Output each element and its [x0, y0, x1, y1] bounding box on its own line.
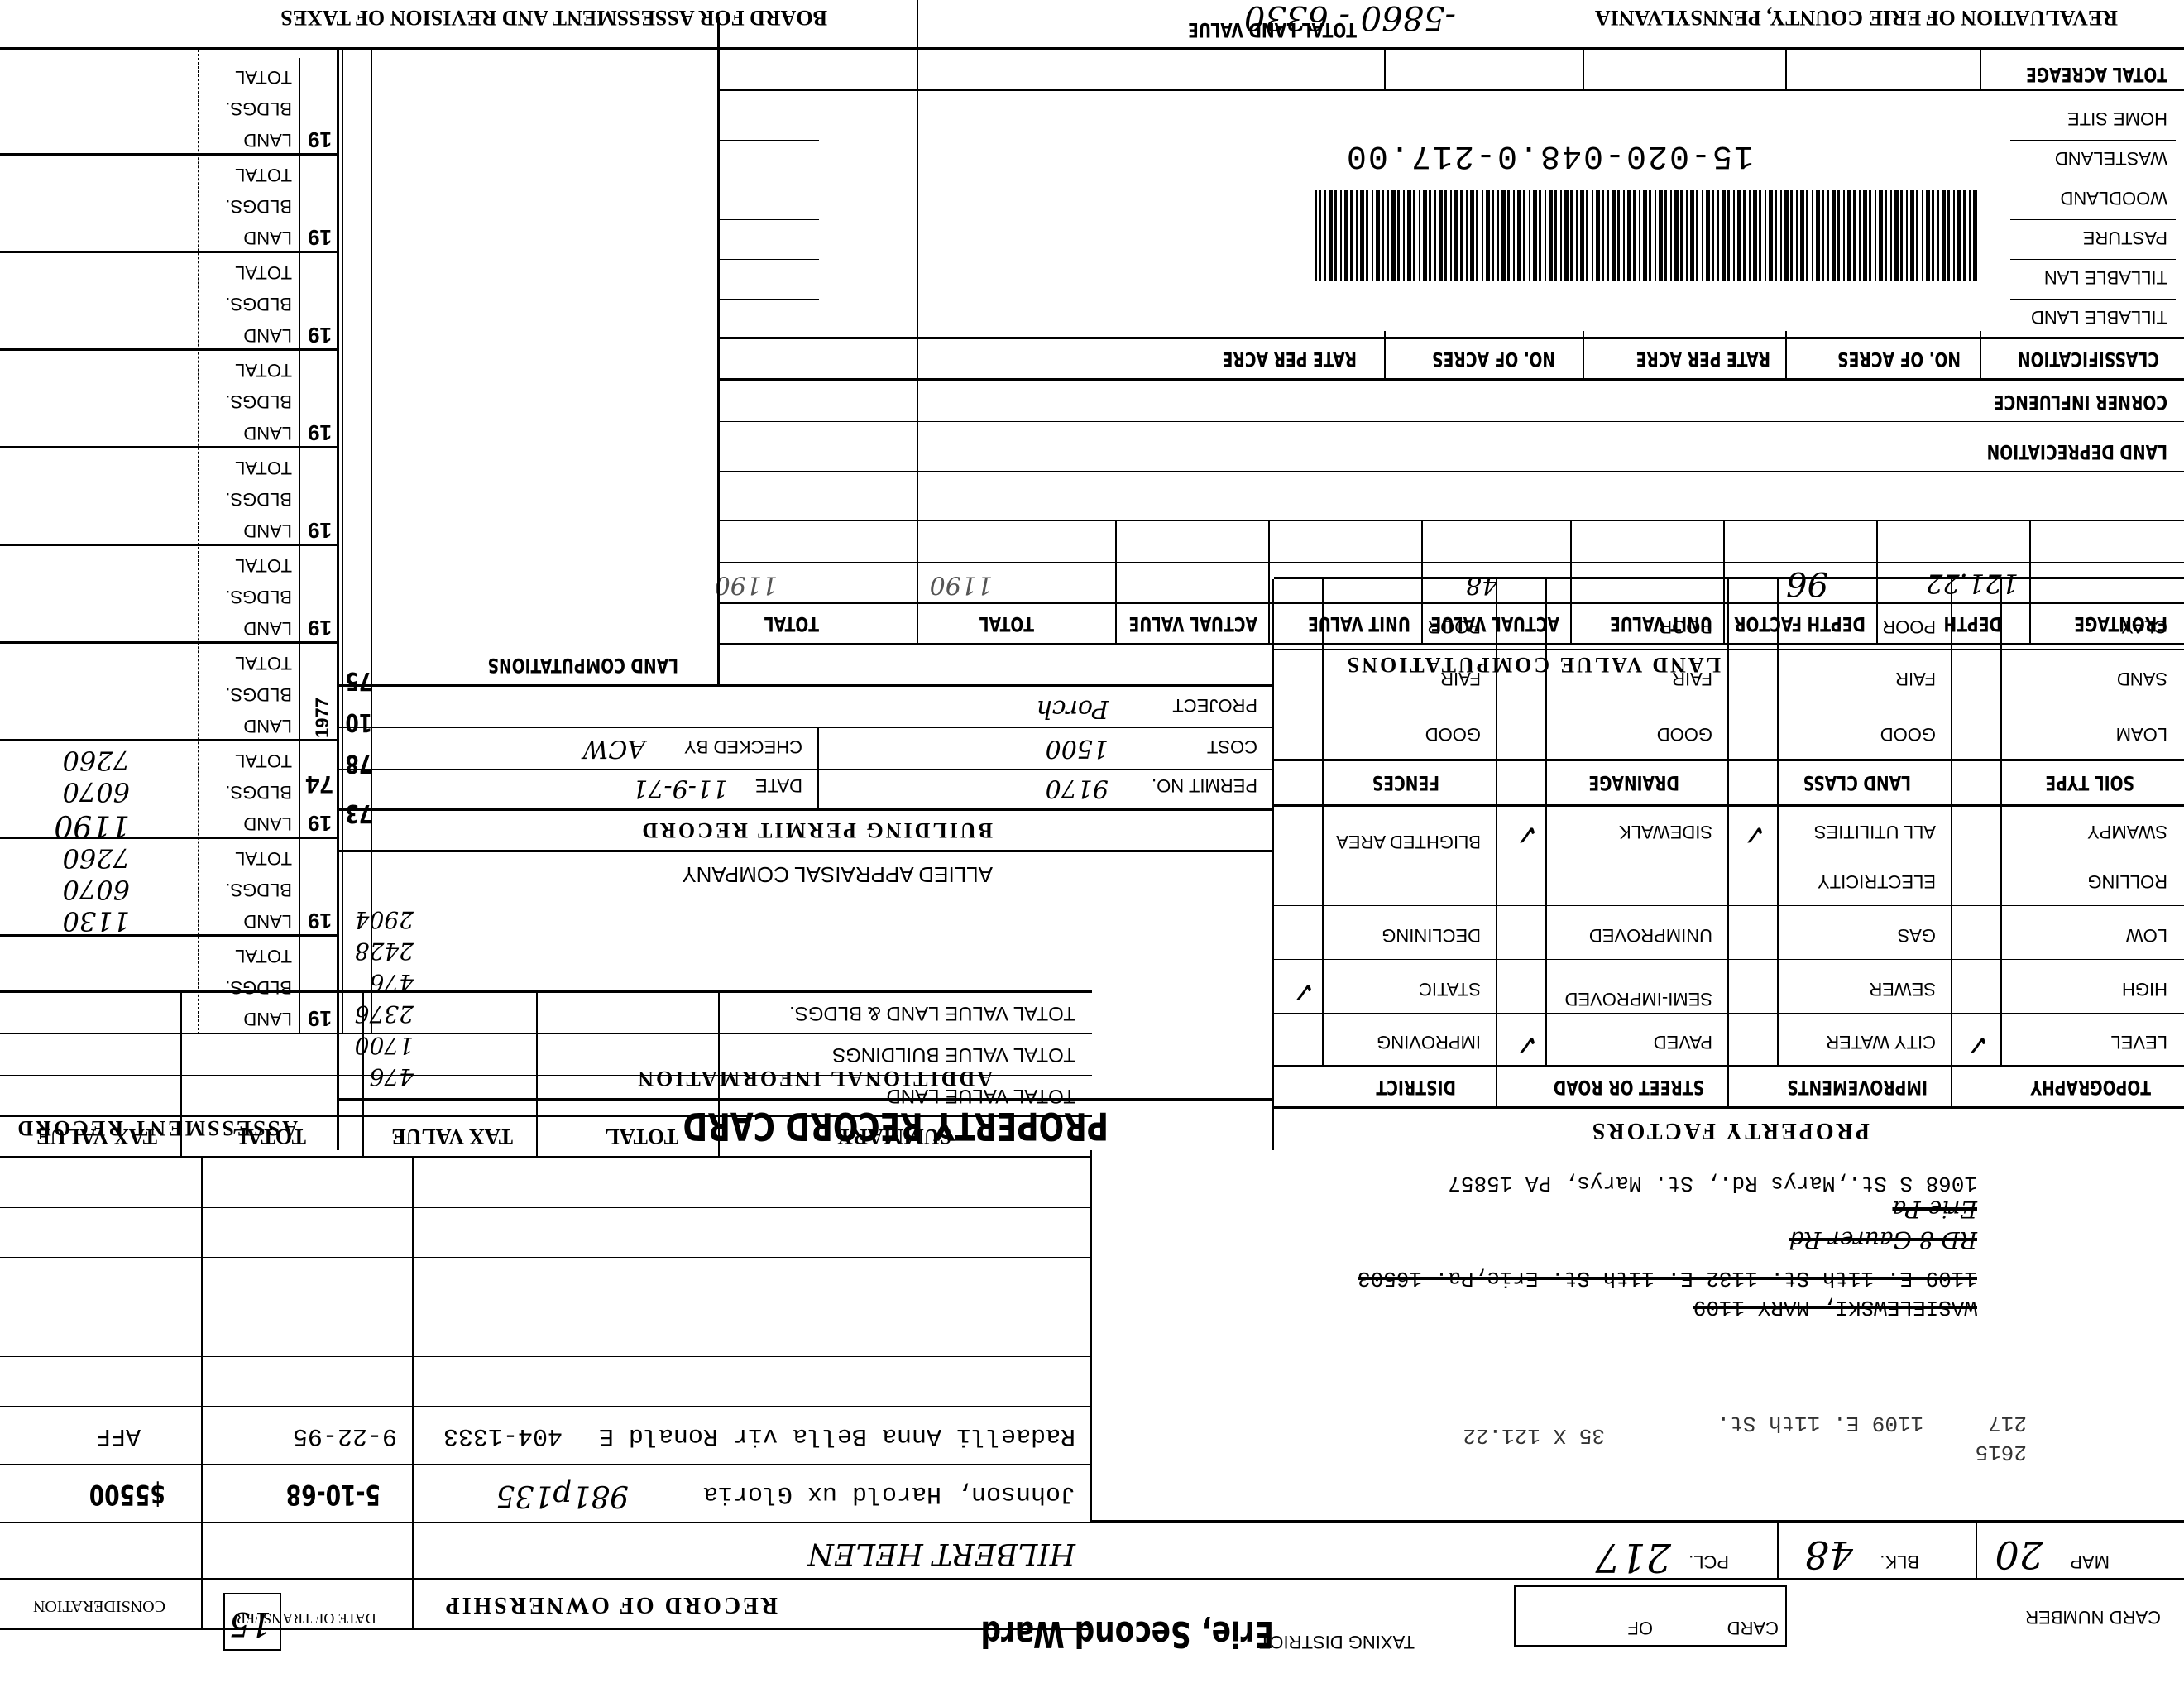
- address-line-current: 1068 S St.,Marys Rd., St. Marys, PA 1585…: [1448, 1171, 1977, 1196]
- total-value: 1190: [715, 570, 778, 599]
- permit-no-label: PERMIT NO.: [1152, 774, 1257, 796]
- blk-label: BLK.: [1880, 1551, 1919, 1572]
- barcode: [1315, 190, 1977, 281]
- total-value: 7260: [63, 745, 130, 776]
- column-header: ACTUAL VALUE: [1430, 612, 1559, 635]
- deed-ref: 981p135: [496, 1479, 629, 1513]
- factor-option: ALL UTILITIES: [1814, 821, 1936, 842]
- column-header: NO. OF ACRES: [1837, 348, 1961, 371]
- column-header: FRONTAGE: [2074, 612, 2167, 635]
- factor-option: IMPROVING: [1377, 1031, 1481, 1053]
- transfer-date: 5-10-68: [286, 1478, 381, 1511]
- factor-option: HIGH: [2122, 978, 2167, 1000]
- total-value: 1190: [930, 570, 993, 599]
- column-header: TOTAL: [979, 612, 1034, 635]
- of-label: OF: [1627, 1617, 1653, 1638]
- actual-value: 48: [1466, 570, 1497, 599]
- checkmark-icon[interactable]: ✓: [1292, 975, 1316, 1008]
- rating-option: GOOD: [1425, 723, 1481, 745]
- rating-option: GOOD: [1657, 723, 1712, 745]
- factor-option: LOW: [2126, 924, 2167, 946]
- taxing-district-label: TAXING DISTRICT: [1291, 1632, 1415, 1652]
- deed-ref: 404-1333: [443, 1422, 563, 1450]
- column-header: ACTUAL VALUE: [1128, 612, 1257, 635]
- factor-header: STREET OR ROAD: [1554, 1076, 1704, 1099]
- factor-option: GAS: [1898, 924, 1936, 946]
- column-header: UNIT VALUE: [1308, 612, 1410, 635]
- checkmark-icon[interactable]: ✓: [1516, 1028, 1540, 1061]
- record-of-ownership: RECORD OF OWNERSHIP DATE OF TRANSFER CON…: [0, 1158, 1092, 1630]
- permit-no-value: 9170: [1046, 774, 1109, 803]
- assessment-record-title: ASSESSMENT RECORD: [15, 1115, 298, 1140]
- assessment-block: 19 LAND BLDGS. TOTAL: [0, 251, 337, 351]
- assessment-block: 19 LAND 1130 BLDGS. 6070 TOTAL 7260: [0, 837, 337, 937]
- classification-row: WOODLAND: [2060, 187, 2167, 209]
- land-value-header-row: FRONTAGE DEPTH DEPTH FACTOR UNIT VALUE A…: [720, 604, 2184, 645]
- classification-row: HOME SITE: [2067, 108, 2167, 129]
- factor-option: SEWER: [1869, 978, 1936, 1000]
- factor-option: ROLLING: [2087, 870, 2167, 892]
- checkmark-icon[interactable]: ✓: [1743, 818, 1767, 851]
- total-acreage-label: TOTAL ACREAGE: [2026, 63, 2167, 86]
- row-label-bldgs: BLDGS.: [225, 976, 292, 998]
- rating-header: DRAINAGE: [1588, 771, 1679, 794]
- ownership-title: RECORD OF OWNERSHIP: [443, 1591, 778, 1618]
- assessment-block: 19 LAND BLDGS. TOTAL: [0, 58, 337, 156]
- land-value: 1190: [54, 808, 130, 842]
- checked-by-label: CHECKED BY: [684, 736, 802, 757]
- revaluation-title: REVALUATION OF ERIE COUNTY, PENNSYLVANIA: [1595, 5, 2118, 30]
- assessment-block: 1977 LAND BLDGS. TOTAL: [0, 641, 337, 741]
- transfer-date: 9-22-95: [293, 1422, 397, 1450]
- appraisal-company: ALLIED APPRAISAL COMPANY: [682, 861, 993, 887]
- consideration: $5500: [89, 1478, 165, 1511]
- factor-option: ELECTRICITY: [1818, 870, 1936, 892]
- factor-option: PAVED: [1654, 1031, 1712, 1053]
- ownership-row: Radaelli Anna Bella vir Ronald E 404-133…: [0, 1407, 1092, 1465]
- property-record-card: CARD NUMBER CARD OF TAXING DISTRICT Erie…: [0, 0, 2184, 1688]
- column-header: NO. OF ACRES: [1432, 348, 1555, 371]
- parcel-id: 15-020-048.0-217.00: [1345, 137, 1754, 174]
- factor-header: DISTRICT: [1376, 1076, 1456, 1099]
- factor-option: LEVEL: [2111, 1031, 2168, 1053]
- assessment-block: 19 LAND BLDGS. TOTAL: [0, 934, 337, 1034]
- owner-name: Johnson, Harold ux Gloria: [703, 1479, 1075, 1508]
- additional-info-title: ADDITIONAL INFORMATION: [635, 1066, 993, 1091]
- map-label: MAP: [2070, 1551, 2110, 1572]
- checked-by-value: ACW: [583, 734, 645, 763]
- factor-option: BLIGHTED AREA: [1332, 832, 1481, 851]
- date-of-transfer-label: DATE OF TRANSFER: [207, 1610, 405, 1627]
- land-value: 1130: [63, 905, 130, 937]
- column-header: DEPTH FACTOR: [1734, 612, 1865, 635]
- card-label: CARD: [1727, 1617, 1779, 1638]
- building-permit-title: BUILDING PERMIT RECORD: [639, 818, 993, 842]
- soil-option: LOAM: [2116, 723, 2167, 745]
- assessment-block: 19 LAND BLDGS. TOTAL: [0, 348, 337, 448]
- column-header: RATE PER ACRE: [1223, 348, 1357, 371]
- board-title: BOARD FOR ASSESSMENT AND REVISION OF TAX…: [280, 5, 827, 30]
- checkmark-icon[interactable]: ✓: [1516, 818, 1540, 851]
- assessment-block: 19 LAND BLDGS. TOTAL: [0, 446, 337, 546]
- address-line: 217 1109 E. 11th St.: [1717, 1411, 2027, 1436]
- owner-name: HILBERT HELEN: [807, 1537, 1075, 1571]
- card-number-label: CARD NUMBER: [2025, 1607, 2161, 1627]
- assessment-block: 19 LAND BLDGS. TOTAL: [0, 153, 337, 253]
- factor-option: DECLINING: [1382, 924, 1481, 946]
- owner-name: Radaelli Anna Bella vir Ronald E: [599, 1422, 1075, 1450]
- factor-option: SEMI-IMPROVED: [1564, 990, 1712, 1008]
- total-value: 7260: [63, 842, 130, 874]
- row-label-total: TOTAL: [235, 945, 292, 966]
- rating-header: LAND CLASS: [1803, 771, 1911, 794]
- assessment-block: 1974 LAND 1190 BLDGS. 6070 TOTAL 7260: [0, 739, 337, 839]
- factor-option: CITY WATER: [1826, 1031, 1936, 1053]
- ownership-row: HILBERT HELEN: [0, 1523, 1092, 1580]
- classification-row: PASTURE: [2083, 227, 2167, 248]
- rating-option: GOOD: [1880, 723, 1936, 745]
- depth-factor-value: 96: [1786, 564, 1828, 602]
- factor-option: STATIC: [1419, 978, 1481, 1000]
- column-header: RATE PER ACRE: [1636, 348, 1770, 371]
- cost-label: COST: [1207, 736, 1257, 757]
- pcl-label: PCL.: [1688, 1551, 1729, 1572]
- permit-date-value: 11-9-71: [632, 774, 728, 803]
- row-label-land: LAND: [243, 1008, 292, 1029]
- classification-row: TILLABLE LAND: [2031, 306, 2167, 328]
- land-value-title: LAND VALUE COMPUTATIONS: [1345, 652, 1721, 677]
- column-header: CLASSIFICATION: [2018, 348, 2159, 371]
- map-value: 20: [1995, 1532, 2043, 1577]
- permit-date-label: DATE: [755, 774, 802, 796]
- handwritten-ref: -5860 - 6330: [1244, 0, 1456, 36]
- rating-header: FENCES: [1372, 771, 1439, 794]
- column-header: UNIT VALUE: [1610, 612, 1712, 635]
- corner-influence-label: CORNER INFLUENCE: [1994, 391, 2167, 414]
- classification-row: TILLABLE LAN: [2044, 266, 2167, 288]
- column-header: DEPTH: [1944, 612, 2002, 635]
- consideration: AFF: [96, 1422, 141, 1450]
- classification-row: WASTELAND: [2055, 147, 2167, 169]
- column-header: TOTAL: [764, 612, 819, 635]
- land-depreciation-label: LAND DEPRECIATION: [1987, 440, 2167, 463]
- ownership-row: Johnson, Harold ux Gloria 981p135 5-10-6…: [0, 1465, 1092, 1523]
- factor-header: TOPOGRAPHY: [2030, 1076, 2151, 1099]
- address-line-struck: 1109 E. 11th St. 1132 E. 11th St. Erie,P…: [1358, 1266, 1977, 1291]
- address-line-struck: WASIELEWSKI, MARY 1109: [1693, 1295, 1977, 1320]
- pcl-value: 217: [1595, 1534, 1671, 1580]
- factor-option: UNIMPROVED: [1589, 924, 1712, 946]
- bldgs-value: 6070: [63, 874, 130, 905]
- factor-header: IMPROVEMENTS: [1787, 1076, 1928, 1099]
- project-value: Porch: [1037, 694, 1109, 723]
- assessment-record: 19 LAND BLDGS. TOTAL 19 LAND 1130 BLDGS.…: [0, 50, 339, 1034]
- land-computations-title: LAND COMPUTATIONS: [488, 654, 678, 677]
- address-line: 2615: [1976, 1440, 2027, 1465]
- assessment-block: 19 LAND BLDGS. TOTAL: [0, 544, 337, 644]
- consideration-label: CONSIDERATION: [0, 1596, 199, 1615]
- rating-header: SOIL TYPE: [2045, 771, 2134, 794]
- address-line-struck: Erie Pa: [1892, 1196, 1977, 1223]
- depth-value: 121.22: [1926, 568, 2019, 599]
- project-label: PROJECT: [1172, 694, 1257, 716]
- side-stamps: 73 78 10 75: [339, 612, 372, 827]
- cost-value: 1500: [1046, 734, 1109, 763]
- address-line: 35 X 121.22: [1463, 1423, 1605, 1448]
- acreage-header-row: CLASSIFICATION NO. OF ACRES RATE PER ACR…: [720, 339, 2184, 381]
- property-factors-title: PROPERTY FACTORS: [1590, 1117, 1870, 1144]
- address-line-struck: RD 8 Gaurer Rd: [1789, 1226, 1978, 1254]
- owner-address-block: 2615 217 1109 E. 11th St. 35 X 121.22 WA…: [1090, 1150, 2184, 1523]
- card-title: PROPERTY RECORD CARD: [682, 1104, 1109, 1149]
- checkmark-icon[interactable]: ✓: [1966, 1028, 1990, 1061]
- additional-info-notes: 476 1700 2376 476 2428 2904: [355, 904, 414, 1092]
- factor-option: SWAMPY: [2087, 821, 2167, 842]
- card-of-box[interactable]: CARD OF: [1514, 1585, 1787, 1647]
- bldgs-value: 6070: [63, 776, 130, 808]
- blk-value: 48: [1804, 1532, 1853, 1577]
- land-value-row: 121.22 96 48 1190 1190: [720, 563, 2184, 604]
- factor-option: SIDEWALK: [1619, 821, 1712, 842]
